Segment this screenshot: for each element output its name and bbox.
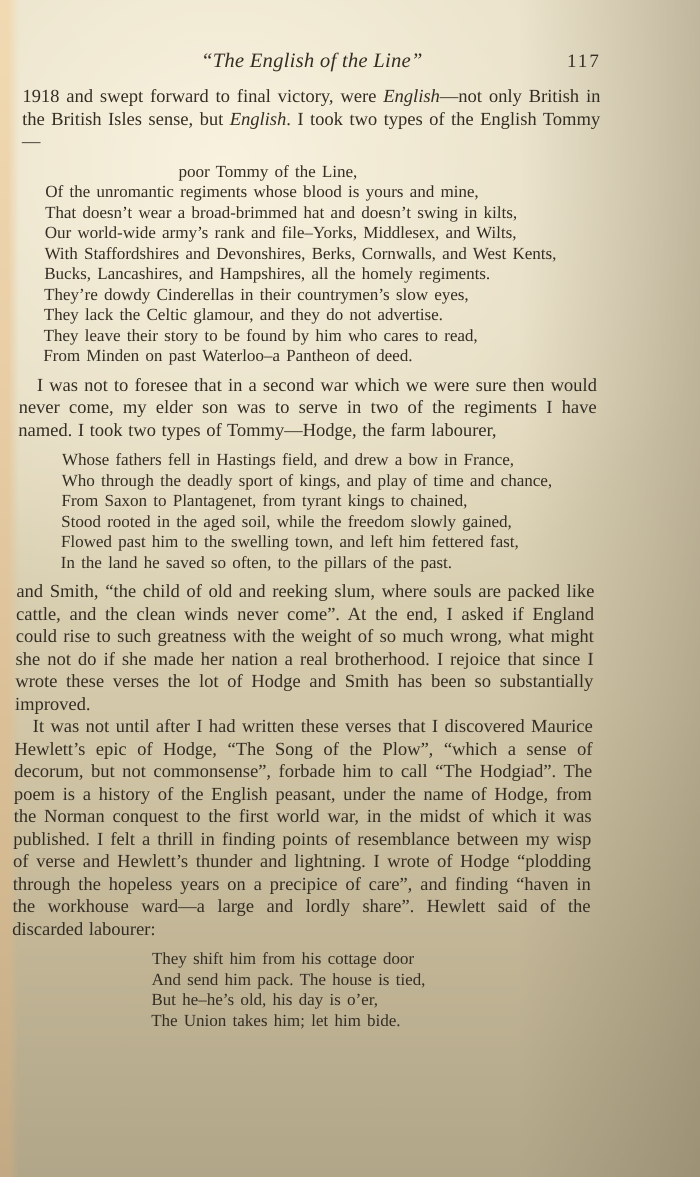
verse-line: Of the unromantic regiments whose blood … bbox=[45, 182, 599, 203]
book-page: “The English of the Line” 117 1918 and s… bbox=[0, 0, 700, 1177]
running-header: “The English of the Line” 117 bbox=[23, 50, 601, 76]
page-number: 117 bbox=[567, 51, 601, 73]
text-run: and Smith, “the child of old and reeking… bbox=[15, 582, 595, 715]
page-title: “The English of the Line” bbox=[23, 50, 601, 73]
verse-line: Bucks, Lancashires, and Hampshires, all … bbox=[44, 264, 598, 285]
verse-line: The Union takes him; let him bide. bbox=[151, 1011, 589, 1032]
verse-line: They shift him from his cottage door bbox=[152, 949, 590, 970]
verse-line: Who through the deadly sport of kings, a… bbox=[62, 471, 596, 492]
text-run: 1918 and swept forward to final victory,… bbox=[22, 87, 383, 107]
verse-line: They’re dowdy Cinderellas in their count… bbox=[44, 285, 598, 306]
text-run: I was not to foresee that in a second wa… bbox=[18, 376, 597, 441]
verse-line: With Staffordshires and Devonshires, Ber… bbox=[44, 244, 598, 265]
verse-line: They leave their story to be found by hi… bbox=[43, 326, 597, 347]
verse-line: Whose fathers fell in Hastings field, an… bbox=[62, 450, 596, 471]
verse-line: That doesn’t wear a broad-brimmed hat an… bbox=[45, 203, 599, 224]
verse-line: Stood rooted in the aged soil, while the… bbox=[61, 512, 595, 533]
verse-line: In the land he saved so often, to the pi… bbox=[61, 553, 595, 574]
page-body: 1918 and swept forward to final victory,… bbox=[11, 86, 601, 1031]
verse-line: From Minden on past Waterloo–a Pantheon … bbox=[43, 346, 597, 367]
paragraph: and Smith, “the child of old and reeking… bbox=[15, 581, 595, 716]
paragraph: I was not to foresee that in a second wa… bbox=[18, 375, 597, 443]
italic-run: English bbox=[230, 110, 287, 130]
paragraph: 1918 and swept forward to final victory,… bbox=[22, 86, 601, 154]
verse-line: But he–he’s old, his day is o’er, bbox=[151, 990, 589, 1011]
text-run: It was not until after I had written the… bbox=[12, 717, 593, 940]
verse-line: From Saxon to Plantagenet, from tyrant k… bbox=[61, 491, 595, 512]
italic-run: English bbox=[383, 87, 440, 107]
paragraph: It was not until after I had written the… bbox=[12, 716, 593, 941]
verse-line: They lack the Celtic glamour, and they d… bbox=[44, 305, 598, 326]
verse-block: They shift him from his cottage doorAnd … bbox=[151, 949, 590, 1031]
verse-block: Whose fathers fell in Hastings field, an… bbox=[61, 450, 597, 573]
verse-line: Flowed past him to the swelling town, an… bbox=[61, 532, 595, 553]
verse-line: Our world-wide army’s rank and file–York… bbox=[45, 223, 599, 244]
verse-line: poor Tommy of the Line, bbox=[45, 162, 599, 183]
verse-line: And send him pack. The house is tied, bbox=[152, 970, 590, 991]
page-content: “The English of the Line” 117 1918 and s… bbox=[11, 50, 601, 1039]
verse-block: poor Tommy of the Line,Of the unromantic… bbox=[43, 162, 600, 367]
